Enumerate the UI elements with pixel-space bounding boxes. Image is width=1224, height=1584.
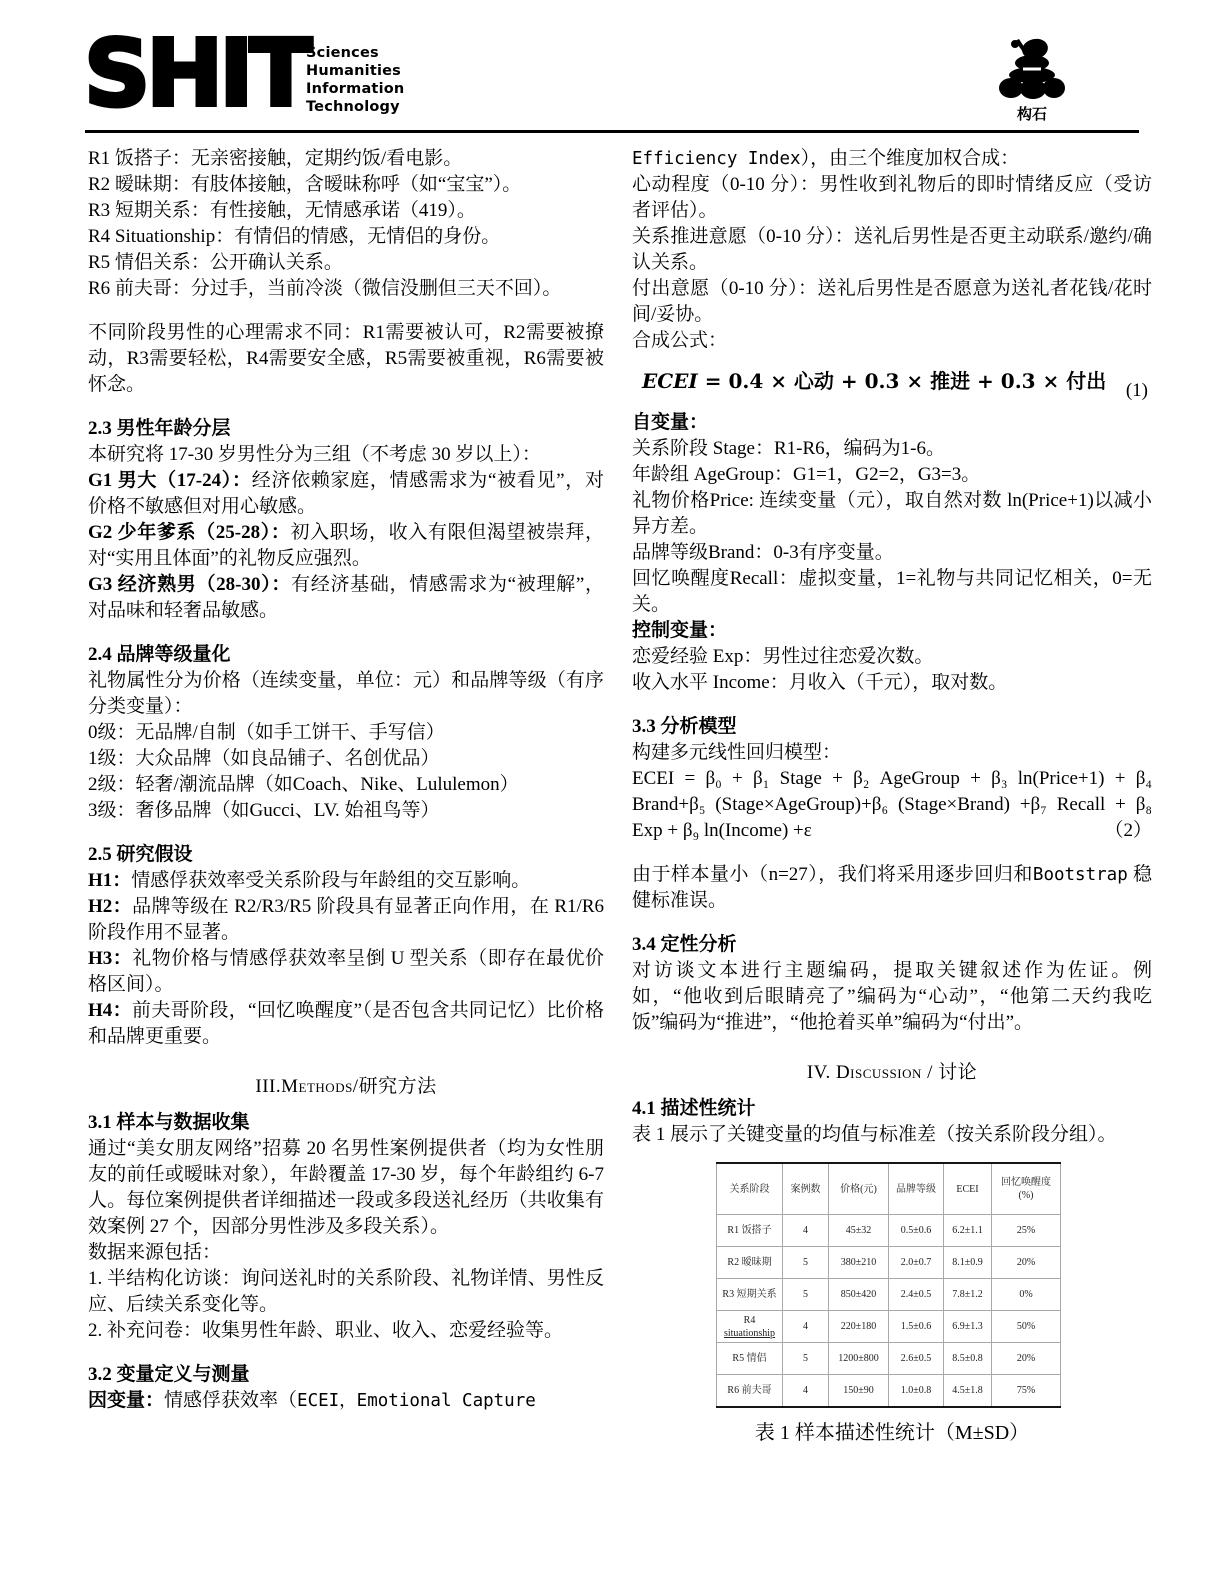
col-header-stage: 关系阶段	[717, 1163, 783, 1215]
cell-price: 220±180	[829, 1311, 889, 1343]
hypothesis-lead: H4：	[88, 1000, 132, 1021]
methods-heading: III.Methods/研究方法	[88, 1074, 604, 1100]
journal-tagline: Sciences Humanities Information Technolo…	[306, 44, 404, 116]
equation-number-2: （2）	[1104, 818, 1152, 844]
formula-label: 合成公式：	[632, 328, 1152, 354]
cell-price: 850±420	[829, 1279, 889, 1311]
hypothesis-item: H4：前夫哥阶段，“回忆唤醒度”（是否包含共同记忆）比价格和品牌更重要。	[88, 998, 604, 1050]
cell-stage: R5 情侣	[717, 1343, 783, 1375]
table-row: R2 暧昧期 5 380±210 2.0±0.7 8.1±0.9 20%	[717, 1247, 1061, 1279]
age-group-item: G1 男大（17-24）：经济依赖家庭，情感需求为“被看见”，对价格不敏感但对用…	[88, 468, 604, 520]
table-row: R1 饭搭子 4 45±32 0.5±0.6 6.2±1.1 25%	[717, 1215, 1061, 1247]
stage-definition: R4 Situationship：有情侣的情感，无情侣的身份。	[88, 224, 604, 250]
section-title-2-4: 2.4 品牌等级量化	[88, 642, 604, 668]
hypothesis-item: H1：情感俘获效率受关系阶段与年龄组的交互影响。	[88, 868, 604, 894]
ecei-continuation-line: Efficiency Index），由三个维度加权合成：	[632, 146, 1152, 172]
cell-n: 4	[783, 1375, 829, 1408]
tagline-line: Sciences	[306, 44, 404, 62]
dimension-item: 关系推进意愿（0-10 分）：送礼后男性是否更主动联系/邀约/确认关系。	[632, 224, 1152, 276]
needs-paragraph: 不同阶段男性的心理需求不同：R1需要被认可，R2需要被撩动，R3需要轻松，R4需…	[88, 320, 604, 398]
cell-recall: 75%	[992, 1375, 1061, 1408]
brand-level-item: 0级：无品牌/自制（如手工饼干、手写信）	[88, 720, 604, 746]
col-header-recall: 回忆唤醒度 (%)	[992, 1163, 1061, 1215]
regression-model: ECEI = β₀ + β₁ Stage + β₂ AgeGroup + β₃ …	[632, 766, 1152, 844]
hypothesis-text: 前夫哥阶段，“回忆唤醒度”（是否包含共同记忆）比价格和品牌更重要。	[88, 1000, 604, 1047]
stage-prefix: R4	[744, 1315, 756, 1326]
stage-underlined: situationship	[724, 1328, 775, 1339]
brand-level-item: 3级：奢侈品牌（如Gucci、LV. 始祖鸟等）	[88, 798, 604, 824]
brand-level-item: 1级：大众品牌（如良品铺子、名创优品）	[88, 746, 604, 772]
hypothesis-text: 礼物价格与情感俘获效率呈倒 U 型关系（即存在最优价格区间）。	[88, 948, 604, 995]
depvar-text: 情感俘获效率（	[164, 1390, 297, 1411]
data-source-item: 1. 半结构化访谈：询问送礼时的关系阶段、礼物详情、男性反应、后续关系变化等。	[88, 1266, 604, 1318]
dependent-variable-line: 因变量：情感俘获效率（ECEI，Emotional Capture	[88, 1388, 604, 1414]
equation-number-1: (1)	[1126, 378, 1148, 404]
independent-var-item: 品牌等级Brand：0-3有序变量。	[632, 540, 1152, 566]
section-3-3-intro: 构建多元线性回归模型：	[632, 740, 1152, 766]
independent-var-item: 回忆唤醒度Recall：虚拟变量，1=礼物与共同记忆相关，0=无关。	[632, 566, 1152, 618]
cell-ecei: 4.5±1.8	[944, 1375, 992, 1408]
independent-var-item: 礼物价格Price: 连续变量（元），取自然对数 ln(Price+1)以减小异…	[632, 488, 1152, 540]
data-source-item: 2. 补充问卷：收集男性年龄、职业、收入、恋爱经验等。	[88, 1318, 604, 1344]
cell-price: 45±32	[829, 1215, 889, 1247]
data-sources-label: 数据来源包括：	[88, 1240, 604, 1266]
journal-logo: SHIT	[84, 30, 308, 118]
right-column: Efficiency Index），由三个维度加权合成： 心动程度（0-10 分…	[632, 146, 1152, 1446]
independent-var-item: 关系阶段 Stage：R1-R6，编码为1-6。	[632, 436, 1152, 462]
ecei-rest: ），由三个维度加权合成：	[801, 148, 1020, 169]
cell-recall: 0%	[992, 1279, 1061, 1311]
hypothesis-lead: H2：	[88, 896, 132, 917]
stage-definition: R5 情侣关系：公开确认关系。	[88, 250, 604, 276]
col-header-n: 案例数	[783, 1163, 829, 1215]
cell-recall: 20%	[992, 1247, 1061, 1279]
section-title-3-1: 3.1 样本与数据收集	[88, 1110, 604, 1136]
age-group-lead: G2 少年爹系（25-28）：	[88, 522, 291, 543]
tagline-line: Technology	[306, 98, 404, 116]
col-header-price: 价格(元)	[829, 1163, 889, 1215]
cell-n: 4	[783, 1215, 829, 1247]
section-2-3-intro: 本研究将 17-30 岁男性分为三组（不考虑 30 岁以上）：	[88, 442, 604, 468]
cell-recall: 50%	[992, 1311, 1061, 1343]
discussion-heading: IV. Discussion / 讨论	[632, 1060, 1152, 1086]
note-pre: 由于样本量小（n=27），我们将采用逐步回归和	[632, 864, 1033, 885]
section-2-4-intro: 礼物属性分为价格（连续变量，单位：元）和品牌等级（有序分类变量）：	[88, 668, 604, 720]
ecei-formula-text: ECEI = 0.4 × 心动 + 0.3 × 推进 + 0.3 × 付出	[642, 368, 1106, 394]
cell-brand: 2.0±0.7	[889, 1247, 944, 1279]
spacer	[632, 844, 1152, 862]
cell-recall: 20%	[992, 1343, 1061, 1375]
table-row: R5 情侣 5 1200±800 2.6±0.5 8.5±0.8 20%	[717, 1343, 1061, 1375]
publisher-name: 构石	[984, 103, 1080, 124]
section-4-1-para: 表 1 展示了关键变量的均值与标准差（按关系阶段分组）。	[632, 1122, 1152, 1148]
section-3-1-para: 通过“美女朋友网络”招募 20 名男性案例提供者（均为女性朋友的前任或暧昧对象）…	[88, 1136, 604, 1240]
cell-n: 5	[783, 1279, 829, 1311]
cell-brand: 0.5±0.6	[889, 1215, 944, 1247]
section-title-2-3: 2.3 男性年龄分层	[88, 416, 604, 442]
cell-n: 5	[783, 1343, 829, 1375]
ecei-formula: ECEI = 0.4 × 心动 + 0.3 × 推进 + 0.3 × 付出 (1…	[632, 366, 1152, 402]
age-group-item: G2 少年爹系（25-28）：初入职场，收入有限但渴望被崇拜，对“实用且体面”的…	[88, 520, 604, 572]
cell-ecei: 6.2±1.1	[944, 1215, 992, 1247]
sample-size-note: 由于样本量小（n=27），我们将采用逐步回归和Bootstrap 稳健标准误。	[632, 862, 1152, 914]
spacer	[88, 302, 604, 320]
note-latin: Bootstrap	[1033, 865, 1128, 885]
table-row: R3 短期关系 5 850±420 2.4±0.5 7.8±1.2 0%	[717, 1279, 1061, 1311]
cell-ecei: 6.9±1.3	[944, 1311, 992, 1343]
cell-n: 4	[783, 1311, 829, 1343]
cell-ecei: 8.5±0.8	[944, 1343, 992, 1375]
cell-brand: 2.6±0.5	[889, 1343, 944, 1375]
formula-variable: ECEI	[642, 369, 698, 393]
tagline-line: Humanities	[306, 62, 404, 80]
section-title-3-4: 3.4 定性分析	[632, 932, 1152, 958]
hypothesis-lead: H3：	[88, 948, 132, 969]
col-header-brand: 品牌等级	[889, 1163, 944, 1215]
control-var-item: 收入水平 Income：月收入（千元），取对数。	[632, 670, 1152, 696]
depvar-lead: 因变量：	[88, 1390, 164, 1411]
depvar-latin: ECEI，Emotional Capture	[297, 1391, 536, 1411]
cell-ecei: 8.1±0.9	[944, 1247, 992, 1279]
section-title-3-2: 3.2 变量定义与测量	[88, 1362, 604, 1388]
hypothesis-text: 情感俘获效率受关系阶段与年龄组的交互影响。	[131, 870, 530, 891]
stone-cairn-icon	[984, 36, 1080, 104]
stage-definition: R3 短期关系：有性接触，无情感承诺（419）。	[88, 198, 604, 224]
cell-brand: 1.5±0.6	[889, 1311, 944, 1343]
cell-price: 150±90	[829, 1375, 889, 1408]
section-title-3-3: 3.3 分析模型	[632, 714, 1152, 740]
tagline-line: Information	[306, 80, 404, 98]
cell-ecei: 7.8±1.2	[944, 1279, 992, 1311]
formula-body: = 0.4 × 心动 + 0.3 × 推进 + 0.3 × 付出	[698, 369, 1107, 393]
stage-definition: R1 饭搭子：无亲密接触，定期约饭/看电影。	[88, 146, 604, 172]
cell-stage: R3 短期关系	[717, 1279, 783, 1311]
age-group-item: G3 经济熟男（28-30）：有经济基础，情感需求为“被理解”，对品味和轻奢品敏…	[88, 572, 604, 624]
cell-stage: R4 situationship	[717, 1311, 783, 1343]
descriptive-stats-table: 关系阶段 案例数 价格(元) 品牌等级 ECEI 回忆唤醒度 (%) R1 饭搭…	[716, 1162, 1061, 1408]
hypothesis-text: 品牌等级在 R2/R3/R5 阶段具有显著正向作用，在 R1/R6 阶段作用不显…	[88, 896, 604, 943]
section-3-4-para: 对访谈文本进行主题编码，提取关键叙述作为佐证。例如，“他收到后眼睛亮了”编码为“…	[632, 958, 1152, 1036]
section-title-2-5: 2.5 研究假设	[88, 842, 604, 868]
hypothesis-lead: H1：	[88, 870, 131, 891]
cell-stage: R2 暧昧期	[717, 1247, 783, 1279]
ecei-latin: Efficiency Index	[632, 149, 801, 169]
table-caption: 表 1 样本描述性统计（M±SD）	[632, 1420, 1152, 1446]
dimension-item: 付出意愿（0-10 分）：送礼后男性是否愿意为送礼者花钱/花时间/妥协。	[632, 276, 1152, 328]
cell-recall: 25%	[992, 1215, 1061, 1247]
publisher-mark: 构石	[984, 36, 1080, 124]
cell-stage: R6 前夫哥	[717, 1375, 783, 1408]
stage-definition: R6 前夫哥：分过手，当前冷淡（微信没删但三天不回）。	[88, 276, 604, 302]
table-header-row: 关系阶段 案例数 价格(元) 品牌等级 ECEI 回忆唤醒度 (%)	[717, 1163, 1061, 1215]
control-vars-label: 控制变量：	[632, 618, 1152, 644]
cell-brand: 1.0±0.8	[889, 1375, 944, 1408]
stage-definition: R2 暧昧期：有肢体接触，含暧昧称呼（如“宝宝”）。	[88, 172, 604, 198]
col-header-ecei: ECEI	[944, 1163, 992, 1215]
age-group-lead: G1 男大（17-24）：	[88, 470, 252, 491]
hypothesis-item: H3：礼物价格与情感俘获效率呈倒 U 型关系（即存在最优价格区间）。	[88, 946, 604, 998]
header-divider	[85, 130, 1139, 133]
left-column: R1 饭搭子：无亲密接触，定期约饭/看电影。 R2 暧昧期：有肢体接触，含暧昧称…	[88, 146, 604, 1414]
cell-stage: R1 饭搭子	[717, 1215, 783, 1247]
cell-price: 1200±800	[829, 1343, 889, 1375]
independent-vars-label: 自变量：	[632, 410, 1152, 436]
paper-page: SHIT Sciences Humanities Information Tec…	[0, 0, 1224, 1584]
table-row: R6 前夫哥 4 150±90 1.0±0.8 4.5±1.8 75%	[717, 1375, 1061, 1408]
dimension-item: 心动程度（0-10 分）：男性收到礼物后的即时情绪反应（受访者评估）。	[632, 172, 1152, 224]
cell-n: 5	[783, 1247, 829, 1279]
regression-model-text: ECEI = β₀ + β₁ Stage + β₂ AgeGroup + β₃ …	[632, 768, 1152, 841]
cell-brand: 2.4±0.5	[889, 1279, 944, 1311]
brand-level-item: 2级：轻奢/潮流品牌（如Coach、Nike、Lululemon）	[88, 772, 604, 798]
age-group-lead: G3 经济熟男（28-30）：	[88, 574, 291, 595]
independent-var-item: 年龄组 AgeGroup：G1=1，G2=2，G3=3。	[632, 462, 1152, 488]
hypothesis-item: H2：品牌等级在 R2/R3/R5 阶段具有显著正向作用，在 R1/R6 阶段作…	[88, 894, 604, 946]
section-title-4-1: 4.1 描述性统计	[632, 1096, 1152, 1122]
control-var-item: 恋爱经验 Exp：男性过往恋爱次数。	[632, 644, 1152, 670]
cell-price: 380±210	[829, 1247, 889, 1279]
table-row: R4 situationship 4 220±180 1.5±0.6 6.9±1…	[717, 1311, 1061, 1343]
